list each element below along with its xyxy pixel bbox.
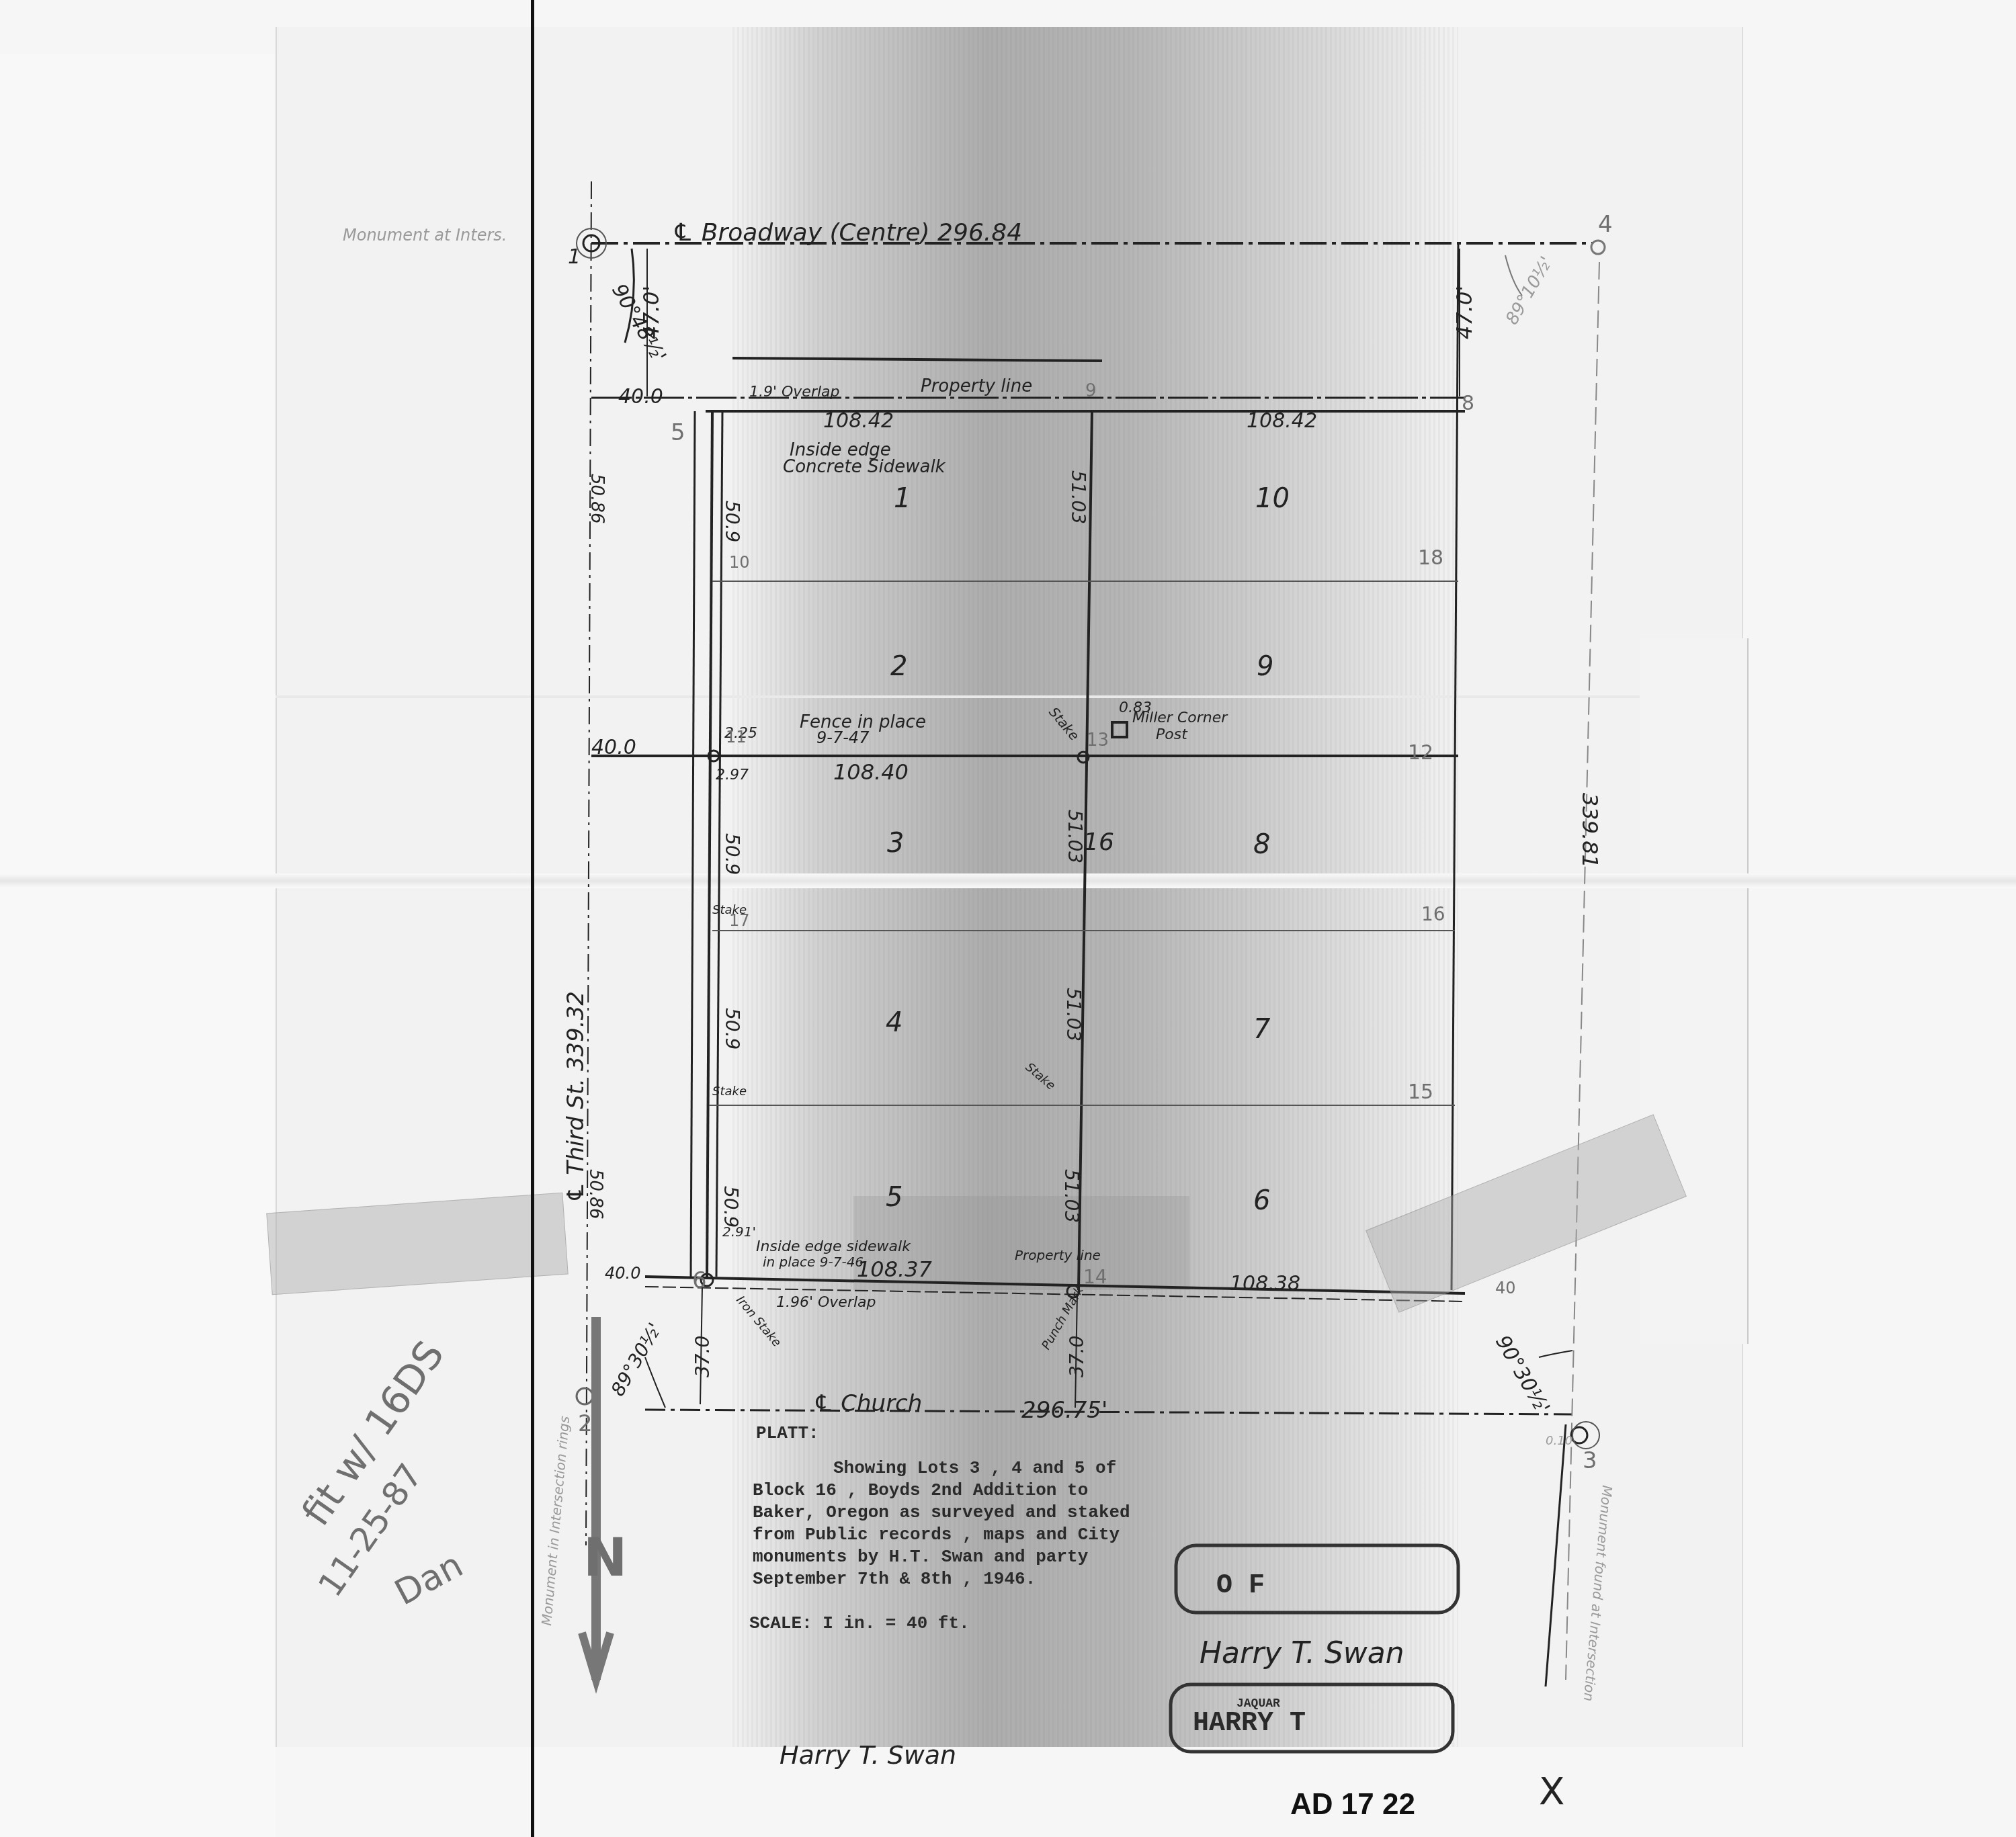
angle-ne: 89°10½' <box>1502 253 1557 329</box>
property-line-bottom-note: Property line <box>1015 1247 1101 1263</box>
signature-bottom: Harry T. Swan <box>780 1740 956 1770</box>
title-line-3: Baker, Oregon as surveyed and staked <box>753 1502 1130 1523</box>
dim-108-40: 108.40 <box>833 759 909 785</box>
dim-108-42-west: 108.42 <box>823 409 894 433</box>
pencil-13: 13 <box>1087 730 1109 751</box>
stamp-upper-text: O F <box>1216 1571 1265 1601</box>
stake-mid-lower: Stake <box>1023 1060 1058 1093</box>
north-arrow-n: N <box>583 1528 627 1588</box>
pencil-16: 16 <box>1421 903 1445 925</box>
pencil-11: 11 <box>726 728 747 746</box>
broadway-label: ℄ Broadway (Centre) 296.84 <box>672 219 1022 247</box>
monument-1: 1 <box>568 245 581 269</box>
lot-10-number: 10 <box>1255 483 1290 514</box>
lot-7-number: 7 <box>1253 1014 1271 1045</box>
title-line-2: Block 16 , Boyds 2nd Addition to <box>753 1480 1088 1500</box>
file-number: AD 17 22 <box>1290 1788 1415 1821</box>
scan-edge-rule <box>531 0 534 1837</box>
third-st-centerline <box>586 181 591 1545</box>
dim-37-right: 37.0 <box>1066 1336 1088 1377</box>
stake-note-mid: Stake <box>1046 704 1083 744</box>
inside-edge-top-2: Concrete Sidewalk <box>783 457 946 477</box>
east-length-label: 339.81 <box>1577 793 1603 868</box>
pencil-initials: Dan <box>388 1545 470 1613</box>
scale-note: SCALE: I in. = 40 ft. <box>749 1613 970 1633</box>
monument-3: 3 <box>1583 1447 1597 1474</box>
lot-2-number: 2 <box>890 651 907 682</box>
offset-0-10: 0.10 <box>1546 1434 1572 1448</box>
block-16-marker: 16 <box>1083 828 1114 856</box>
pencil-15: 15 <box>1408 1080 1433 1104</box>
dim-51-03-lot5: 51.03 <box>1060 1169 1083 1223</box>
dim-50-9-lot5: 50.9 <box>720 1186 742 1228</box>
plat-drawing: ℄ Broadway (Centre) 296.84 ℄ Church 296.… <box>0 0 2016 1837</box>
dim-47-right: 47.0' <box>1452 286 1477 339</box>
stake-west-lower: Stake <box>712 1084 747 1099</box>
pencil-9: 9 <box>1085 381 1097 401</box>
lot-1-number: 1 <box>894 483 911 514</box>
lot-8-number: 8 <box>1253 829 1270 860</box>
title-heading: PLATT: <box>756 1423 819 1443</box>
title-line-6: September 7th & 8th , 1946. <box>753 1569 1036 1589</box>
title-line-1: Showing Lots 3 , 4 and 5 of <box>833 1458 1116 1478</box>
lot-5-number: 5 <box>886 1182 902 1213</box>
church-label: ℄ Church <box>813 1390 922 1417</box>
dim-108-38: 108.38 <box>1230 1272 1300 1295</box>
overlap-top-note: 1.9' Overlap <box>749 384 840 400</box>
miller-corner-2: Post <box>1156 726 1188 743</box>
pencil-18: 18 <box>1418 546 1443 570</box>
offset-2-91: 2.91' <box>722 1224 756 1240</box>
inside-edge-bottom-1: Inside edge sidewalk <box>756 1238 911 1255</box>
pencil-5: 5 <box>671 419 685 446</box>
dim-51-03-lot1: 51.03 <box>1067 470 1089 524</box>
angle-se: 90°30½' <box>1490 1332 1554 1418</box>
dim-51-03-lot4: 51.03 <box>1062 988 1085 1041</box>
dim-50-9-lot4: 50.9 <box>721 1008 743 1050</box>
dim-108-37: 108.37 <box>857 1256 933 1282</box>
dim-108-42-east: 108.42 <box>1247 409 1317 433</box>
inside-edge-bottom-2: in place 9-7-46 <box>763 1254 864 1270</box>
pencil-17: 17 <box>729 911 750 930</box>
fence-note-2: 9-7-47 <box>816 728 870 747</box>
monument-note-right: Monument found at Intersection <box>1581 1485 1615 1702</box>
monument-note-left: Monument in Intersection rings <box>538 1416 573 1627</box>
monument-4: 4 <box>1598 211 1613 238</box>
dim-40-bottom: 40.0 <box>605 1264 640 1283</box>
church-centerline <box>645 1410 1572 1414</box>
pencil-40: 40 <box>1495 1279 1516 1297</box>
church-length: 296.75' <box>1021 1397 1107 1424</box>
dim-50-86-bottom: 50.86 <box>585 1169 605 1219</box>
monument-2: 2 <box>578 1410 593 1437</box>
offset-2-97: 2.97 <box>716 767 749 783</box>
pencil-14: 14 <box>1083 1266 1107 1288</box>
pencil-8: 8 <box>1462 392 1474 415</box>
lot-4-number: 4 <box>886 1007 902 1038</box>
lot-line-108-37 <box>645 1277 1465 1293</box>
check-mark: X <box>1539 1770 1564 1813</box>
stamp-lower-name: HARRY T <box>1193 1709 1306 1739</box>
title-line-4: from Public records , maps and City <box>753 1525 1120 1545</box>
surveyor-signature: Harry T. Swan <box>1200 1636 1404 1670</box>
third-st-label: ℄ Third St. 339.32 <box>562 991 589 1203</box>
lot-3-number: 3 <box>887 828 904 859</box>
property-line-top-note: Property line <box>921 376 1032 396</box>
dim-40-top: 40.0 <box>618 385 663 409</box>
monument-note-top-left: Monument at Inters. <box>343 226 507 245</box>
title-line-5: monuments by H.T. Swan and party <box>753 1547 1089 1567</box>
dim-50-9-lot1: 50.9 <box>721 501 743 542</box>
dim-37-left: 37.0 <box>691 1336 714 1377</box>
dim-50-9-lot3: 50.9 <box>721 833 743 875</box>
miller-corner-1: Miller Corner <box>1132 710 1228 726</box>
overlap-bottom-note: 1.96' Overlap <box>776 1294 876 1311</box>
dim-40-mid: 40.0 <box>591 736 636 759</box>
dim-50-86-top: 50.86 <box>587 474 607 523</box>
pencil-10: 10 <box>729 553 750 572</box>
pencil-12: 12 <box>1408 741 1433 765</box>
lot-9-number: 9 <box>1257 651 1273 682</box>
lot-6-number: 6 <box>1253 1185 1270 1216</box>
pencil-6: 6 <box>692 1267 707 1294</box>
